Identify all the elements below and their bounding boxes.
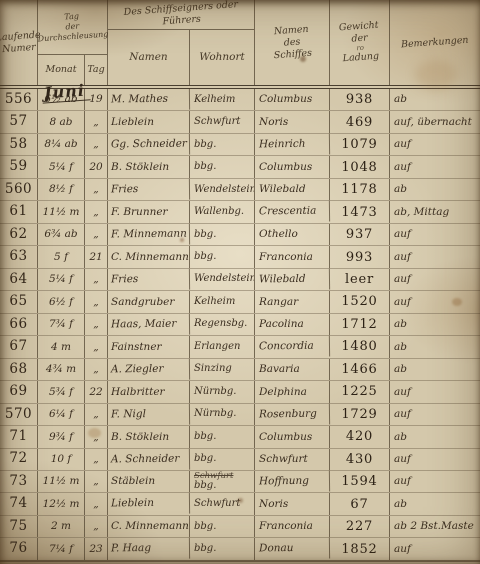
cell-number: 71 <box>0 426 38 447</box>
cell-day: 21 <box>85 246 108 267</box>
cell-residence: bbg. <box>190 156 255 177</box>
cell-time: 6¼ f <box>38 404 85 425</box>
cell-owner-name: F. Nigl <box>108 403 190 425</box>
cell-residence: Sinzing <box>190 359 255 380</box>
cell-ship-name: Columbus <box>255 426 330 447</box>
cell-day: „ <box>85 179 108 200</box>
header-date-group: Tag der Durchschleusung <box>38 0 108 55</box>
ledger-rows: 556 6½ ab 19 M. Mathes Kelheim Columbus … <box>0 89 480 562</box>
cell-remark: auf, übernacht <box>390 111 480 132</box>
cell-owner-name: Fries <box>108 268 190 290</box>
cell-day: „ <box>85 269 108 290</box>
residence-text: bbg. <box>194 544 216 554</box>
header-date-line3: Durchschleusung <box>38 30 109 45</box>
cell-ship-name: Columbus <box>255 156 330 177</box>
cell-weight: 1473 <box>330 201 390 222</box>
cell-ship-name: Hoffnung <box>255 471 330 493</box>
cell-day: 22 <box>85 381 108 402</box>
cell-time: 8½ f <box>38 179 85 200</box>
table-row: 72 10 f „ A. Schneider bbg. Schwfurt 430… <box>0 449 480 471</box>
cell-remark: ab <box>390 426 480 447</box>
cell-weight: 1520 <box>330 291 390 312</box>
cell-ship-name: Noris <box>255 493 330 514</box>
header-residence-column: Wohnort <box>190 30 255 85</box>
residence-text: bbg. <box>194 140 216 150</box>
cell-number: 76 <box>0 538 38 559</box>
table-row: 75 2 m „ C. Minnemann bbg. Franconia 227… <box>0 516 480 538</box>
table-row: 67 4 m „ Fainstner Erlangen Concordia 14… <box>0 336 480 358</box>
cell-number: 75 <box>0 516 38 537</box>
cell-weight: 1178 <box>330 179 390 200</box>
cell-remark: ab <box>390 359 480 380</box>
cell-residence: Kelheim <box>190 291 255 312</box>
cell-remark: ab <box>390 493 480 514</box>
residence-text: bbg. <box>194 454 216 464</box>
table-row: 69 5¾ f 22 Halbritter Nürnbg. Delphina 1… <box>0 381 480 403</box>
cell-day: „ <box>85 449 108 470</box>
cell-number: 66 <box>0 314 38 335</box>
cell-ship-name: Crescentia <box>255 201 330 223</box>
cell-day: „ <box>85 134 108 155</box>
cell-time: 6¾ ab <box>38 224 85 245</box>
residence-text: bbg. <box>194 481 216 491</box>
table-header: Laufende Numer Tag der Durchschleusung M… <box>0 0 480 89</box>
cell-residence: bbg. <box>190 224 255 245</box>
cell-owner-name: A. Schneider <box>108 448 190 470</box>
cell-number: 64 <box>0 269 38 290</box>
cell-number: 560 <box>0 179 38 200</box>
cell-day: „ <box>85 291 108 312</box>
cell-day: „ <box>85 314 108 335</box>
table-row: 560 8½ f „ Fries Wendelstein Wilebald 11… <box>0 179 480 201</box>
header-day-label: Tag <box>87 64 104 76</box>
residence-struck-text: Schwfurt <box>194 472 233 481</box>
cell-time: 6½ f <box>38 291 85 312</box>
cell-number: 59 <box>0 156 38 177</box>
residence-text: bbg. <box>194 230 216 240</box>
cell-residence: bbg. <box>190 449 255 470</box>
table-row: 76 7¼ f 23 P. Haag bbg. Donau 1852 auf <box>0 538 480 559</box>
cell-owner-name: Halbritter <box>108 381 190 402</box>
cell-remark: ab <box>390 179 480 200</box>
residence-text: Schwfurt <box>194 117 240 127</box>
header-owner-line2: Führers <box>162 13 201 28</box>
table-row: 73 11½ m „ Stäblein Schwfurtbbg. Hoffnun… <box>0 471 480 493</box>
table-row: 63 5 f 21 C. Minnemann bbg. Franconia 99… <box>0 246 480 268</box>
cell-number: 63 <box>0 246 38 267</box>
cell-owner-name: C. Minnemann <box>108 516 190 537</box>
residence-text: Erlangen <box>194 342 240 352</box>
cell-time: 8 ab <box>38 111 85 132</box>
cell-weight: 1225 <box>330 381 390 402</box>
cell-day: „ <box>85 201 108 222</box>
cell-weight: 67 <box>330 493 390 514</box>
table-row: 65 6½ f „ Sandgruber Kelheim Rangar 1520… <box>0 291 480 313</box>
cell-weight: 227 <box>330 516 390 537</box>
cell-time: 5 f <box>38 246 85 267</box>
residence-text: Kelheim <box>194 297 235 307</box>
cell-remark: auf <box>390 381 480 402</box>
cell-remark: ab <box>390 314 480 335</box>
header-residence-label: Wohnort <box>199 51 245 64</box>
cell-time: 2 m <box>38 516 85 537</box>
cell-owner-name: P. Haag <box>108 538 190 560</box>
cell-owner-name: A. Ziegler <box>108 358 190 380</box>
cell-number: 61 <box>0 201 38 222</box>
cell-ship-name: Pacolina <box>255 314 330 335</box>
cell-time: 5¾ f <box>38 381 85 402</box>
cell-owner-name: C. Minnemann <box>108 246 190 267</box>
cell-owner-name: F. Minnemann <box>108 223 190 245</box>
cell-remark: auf <box>390 134 480 155</box>
header-owner-group: Des Schiffseigners oder Führers <box>108 0 255 30</box>
residence-text: Schwfurt <box>194 499 240 509</box>
header-ship-line1: Namen <box>273 24 308 38</box>
residence-text: bbg. <box>194 252 216 262</box>
residence-text: Wendelstein <box>194 274 255 284</box>
header-remarks-label: Bemerkungen <box>401 34 469 51</box>
cell-day: „ <box>85 471 108 492</box>
cell-remark: auf <box>390 471 480 492</box>
header-number-line2: Numer <box>2 41 36 55</box>
cell-time: 7¼ f <box>38 538 85 559</box>
cell-residence: Schwfurtbbg. <box>190 471 255 492</box>
cell-remark: auf <box>390 224 480 245</box>
cell-weight: 1466 <box>330 359 390 380</box>
cell-remark: auf <box>390 156 480 177</box>
cell-day: „ <box>85 426 108 447</box>
table-row: 74 12½ m „ Lieblein Schwfurt Noris 67 ab <box>0 493 480 515</box>
cell-number: 73 <box>0 471 38 492</box>
cell-number: 65 <box>0 291 38 312</box>
residence-text: Wallenbg. <box>194 207 244 217</box>
table-row: 570 6¼ f „ F. Nigl Nürnbg. Rosenburg 172… <box>0 404 480 426</box>
header-ship-line3: Schiffes <box>273 47 312 62</box>
ledger-page: Laufende Numer Tag der Durchschleusung M… <box>0 0 480 564</box>
residence-text: Kelheim <box>194 95 235 105</box>
cell-weight: 420 <box>330 426 390 447</box>
cell-remark: ab 2 Bst.Maste <box>390 516 480 537</box>
cell-residence: Nürnbg. <box>190 381 255 402</box>
cell-ship-name: Schwfurt <box>255 449 330 470</box>
table-row: 58 8¼ ab „ Gg. Schneider bbg. Heinrich 1… <box>0 134 480 156</box>
header-weight-column: Gewicht der ro Ladung <box>330 0 390 85</box>
header-weight-unit-mark: ro <box>356 44 364 53</box>
cell-time: 10 f <box>38 449 85 470</box>
cell-day: 23 <box>85 538 108 559</box>
cell-ship-name: Columbus <box>255 89 330 110</box>
header-weight-line3: Ladung <box>342 51 379 65</box>
cell-residence: Kelheim <box>190 89 255 110</box>
cell-weight: 1048 <box>330 156 390 177</box>
cell-ship-name: Franconia <box>255 246 330 267</box>
cell-remark: auf <box>390 449 480 470</box>
cell-ship-name: Wilebald <box>255 179 330 200</box>
cell-number: 74 <box>0 493 38 514</box>
cell-weight: 1594 <box>330 471 390 492</box>
table-row: 61 11½ m „ F. Brunner Wallenbg. Crescent… <box>0 201 480 223</box>
cell-weight: 1480 <box>330 336 390 357</box>
cell-ship-name: Concordia <box>255 336 330 358</box>
cell-owner-name: Stäblein <box>108 471 190 492</box>
cell-residence: Wallenbg. <box>190 201 255 222</box>
cell-ship-name: Wilebald <box>255 268 330 290</box>
cell-owner-name: Lieblein <box>108 111 190 132</box>
cell-number: 72 <box>0 449 38 470</box>
cell-number: 69 <box>0 381 38 402</box>
cell-ship-name: Donau <box>255 538 330 560</box>
residence-text: Nürnbg. <box>194 387 236 397</box>
residence-text: bbg. <box>194 432 216 442</box>
cell-weight: 937 <box>330 224 390 245</box>
cell-residence: Nürnbg. <box>190 404 255 425</box>
cell-time: 5¼ f <box>38 269 85 290</box>
table-row: 64 5¼ f „ Fries Wendelstein Wilebald lee… <box>0 269 480 291</box>
cell-residence: Schwfurt <box>190 111 255 132</box>
cell-owner-name: Lieblein <box>108 493 190 515</box>
cell-owner-name: M. Mathes <box>108 89 190 111</box>
residence-text: bbg. <box>194 162 216 172</box>
cell-residence: bbg. <box>190 134 255 155</box>
cell-owner-name: Fries <box>108 178 190 200</box>
header-remarks-column: Bemerkungen <box>390 0 480 85</box>
cell-remark: auf <box>390 404 480 425</box>
table-row: 62 6¾ ab „ F. Minnemann bbg. Othello 937… <box>0 224 480 246</box>
cell-residence: Wendelstein <box>190 179 255 200</box>
cell-time: 4 m <box>38 336 85 357</box>
cell-number: 556 <box>0 89 38 110</box>
month-label: Juni <box>41 80 90 103</box>
cell-number: 68 <box>0 359 38 380</box>
cell-weight: 469 <box>330 111 390 132</box>
cell-day: „ <box>85 404 108 425</box>
cell-remark: auf <box>390 291 480 312</box>
cell-time: 9¾ f <box>38 426 85 447</box>
cell-remark: ab <box>390 336 480 357</box>
cell-day: „ <box>85 516 108 537</box>
table-row: 66 7¾ f „ Haas, Maier Regensbg. Pacolina… <box>0 314 480 336</box>
cell-ship-name: Franconia <box>255 516 330 537</box>
cell-ship-name: Rangar <box>255 291 330 312</box>
cell-residence: Regensbg. <box>190 314 255 335</box>
cell-day: „ <box>85 336 108 357</box>
cell-time: 8¼ ab <box>38 134 85 155</box>
cell-remark: auf <box>390 269 480 290</box>
cell-residence: bbg. <box>190 246 255 267</box>
cell-residence: bbg. <box>190 426 255 447</box>
cell-residence: bbg. <box>190 538 255 559</box>
table-row: 57 8 ab „ Lieblein Schwfurt Noris 469 au… <box>0 111 480 133</box>
cell-owner-name: Fainstner <box>108 336 190 357</box>
cell-residence: Erlangen <box>190 336 255 357</box>
cell-number: 58 <box>0 134 38 155</box>
cell-owner-name: B. Stöklein <box>108 156 190 177</box>
cell-owner-name: B. Stöklein <box>108 426 190 447</box>
cell-time: 12½ m <box>38 493 85 514</box>
cell-weight: 430 <box>330 449 390 470</box>
cell-residence: Schwfurt <box>190 493 255 514</box>
cell-remark: ab, Mittag <box>390 201 480 222</box>
cell-weight: 1712 <box>330 314 390 335</box>
cell-day: „ <box>85 359 108 380</box>
cell-number: 570 <box>0 404 38 425</box>
cell-time: 5¼ f <box>38 156 85 177</box>
cell-owner-name: Sandgruber <box>108 291 190 312</box>
cell-day: „ <box>85 111 108 132</box>
header-number-column: Laufende Numer <box>0 0 38 85</box>
cell-remark: auf <box>390 538 480 559</box>
residence-text: bbg. <box>194 522 216 532</box>
cell-time: 4¾ m <box>38 359 85 380</box>
cell-number: 62 <box>0 224 38 245</box>
header-ship-line2: des <box>283 36 300 49</box>
cell-time: 7¾ f <box>38 314 85 335</box>
cell-number: 57 <box>0 111 38 132</box>
cell-weight: 1729 <box>330 404 390 425</box>
cell-weight: 993 <box>330 246 390 267</box>
residence-text: Wendelstein <box>194 185 255 195</box>
cell-weight: 1852 <box>330 538 390 559</box>
cell-ship-name: Heinrich <box>255 133 330 155</box>
header-month-label: Monat <box>45 64 76 76</box>
header-owner-name-column: Namen <box>108 30 190 85</box>
cell-remark: ab <box>390 89 480 110</box>
cell-ship-name: Noris <box>255 111 330 132</box>
cell-weight: leer <box>330 269 390 290</box>
residence-text: Nürnbg. <box>194 409 236 419</box>
residence-text: Regensbg. <box>194 319 247 329</box>
cell-ship-name: Delphina <box>255 381 330 402</box>
cell-day: „ <box>85 493 108 514</box>
table-row: 59 5¼ f 20 B. Stöklein bbg. Columbus 104… <box>0 156 480 178</box>
cell-weight: 938 <box>330 89 390 110</box>
table-row: 68 4¾ m „ A. Ziegler Sinzing Bavaria 146… <box>0 359 480 381</box>
cell-residence: bbg. <box>190 516 255 537</box>
cell-day: 20 <box>85 156 108 177</box>
cell-number: 67 <box>0 336 38 357</box>
cell-time: 11½ m <box>38 471 85 492</box>
cell-day: „ <box>85 224 108 245</box>
cell-owner-name: Gg. Schneider <box>108 134 190 156</box>
header-owner-name-label: Namen <box>129 51 167 64</box>
cell-ship-name: Rosenburg <box>255 403 330 425</box>
cell-owner-name: F. Brunner <box>108 201 190 222</box>
cell-residence: Wendelstein <box>190 269 255 290</box>
cell-weight: 1079 <box>330 134 390 155</box>
residence-text: Sinzing <box>194 364 232 374</box>
cell-remark: auf <box>390 246 480 267</box>
cell-ship-name: Othello <box>255 224 330 245</box>
table-row: 71 9¾ f „ B. Stöklein bbg. Columbus 420 … <box>0 426 480 448</box>
cell-owner-name: Haas, Maier <box>108 313 190 335</box>
header-ship-column: Namen des Schiffes <box>255 0 330 85</box>
cell-ship-name: Bavaria <box>255 359 330 380</box>
cell-time: 11½ m <box>38 201 85 222</box>
